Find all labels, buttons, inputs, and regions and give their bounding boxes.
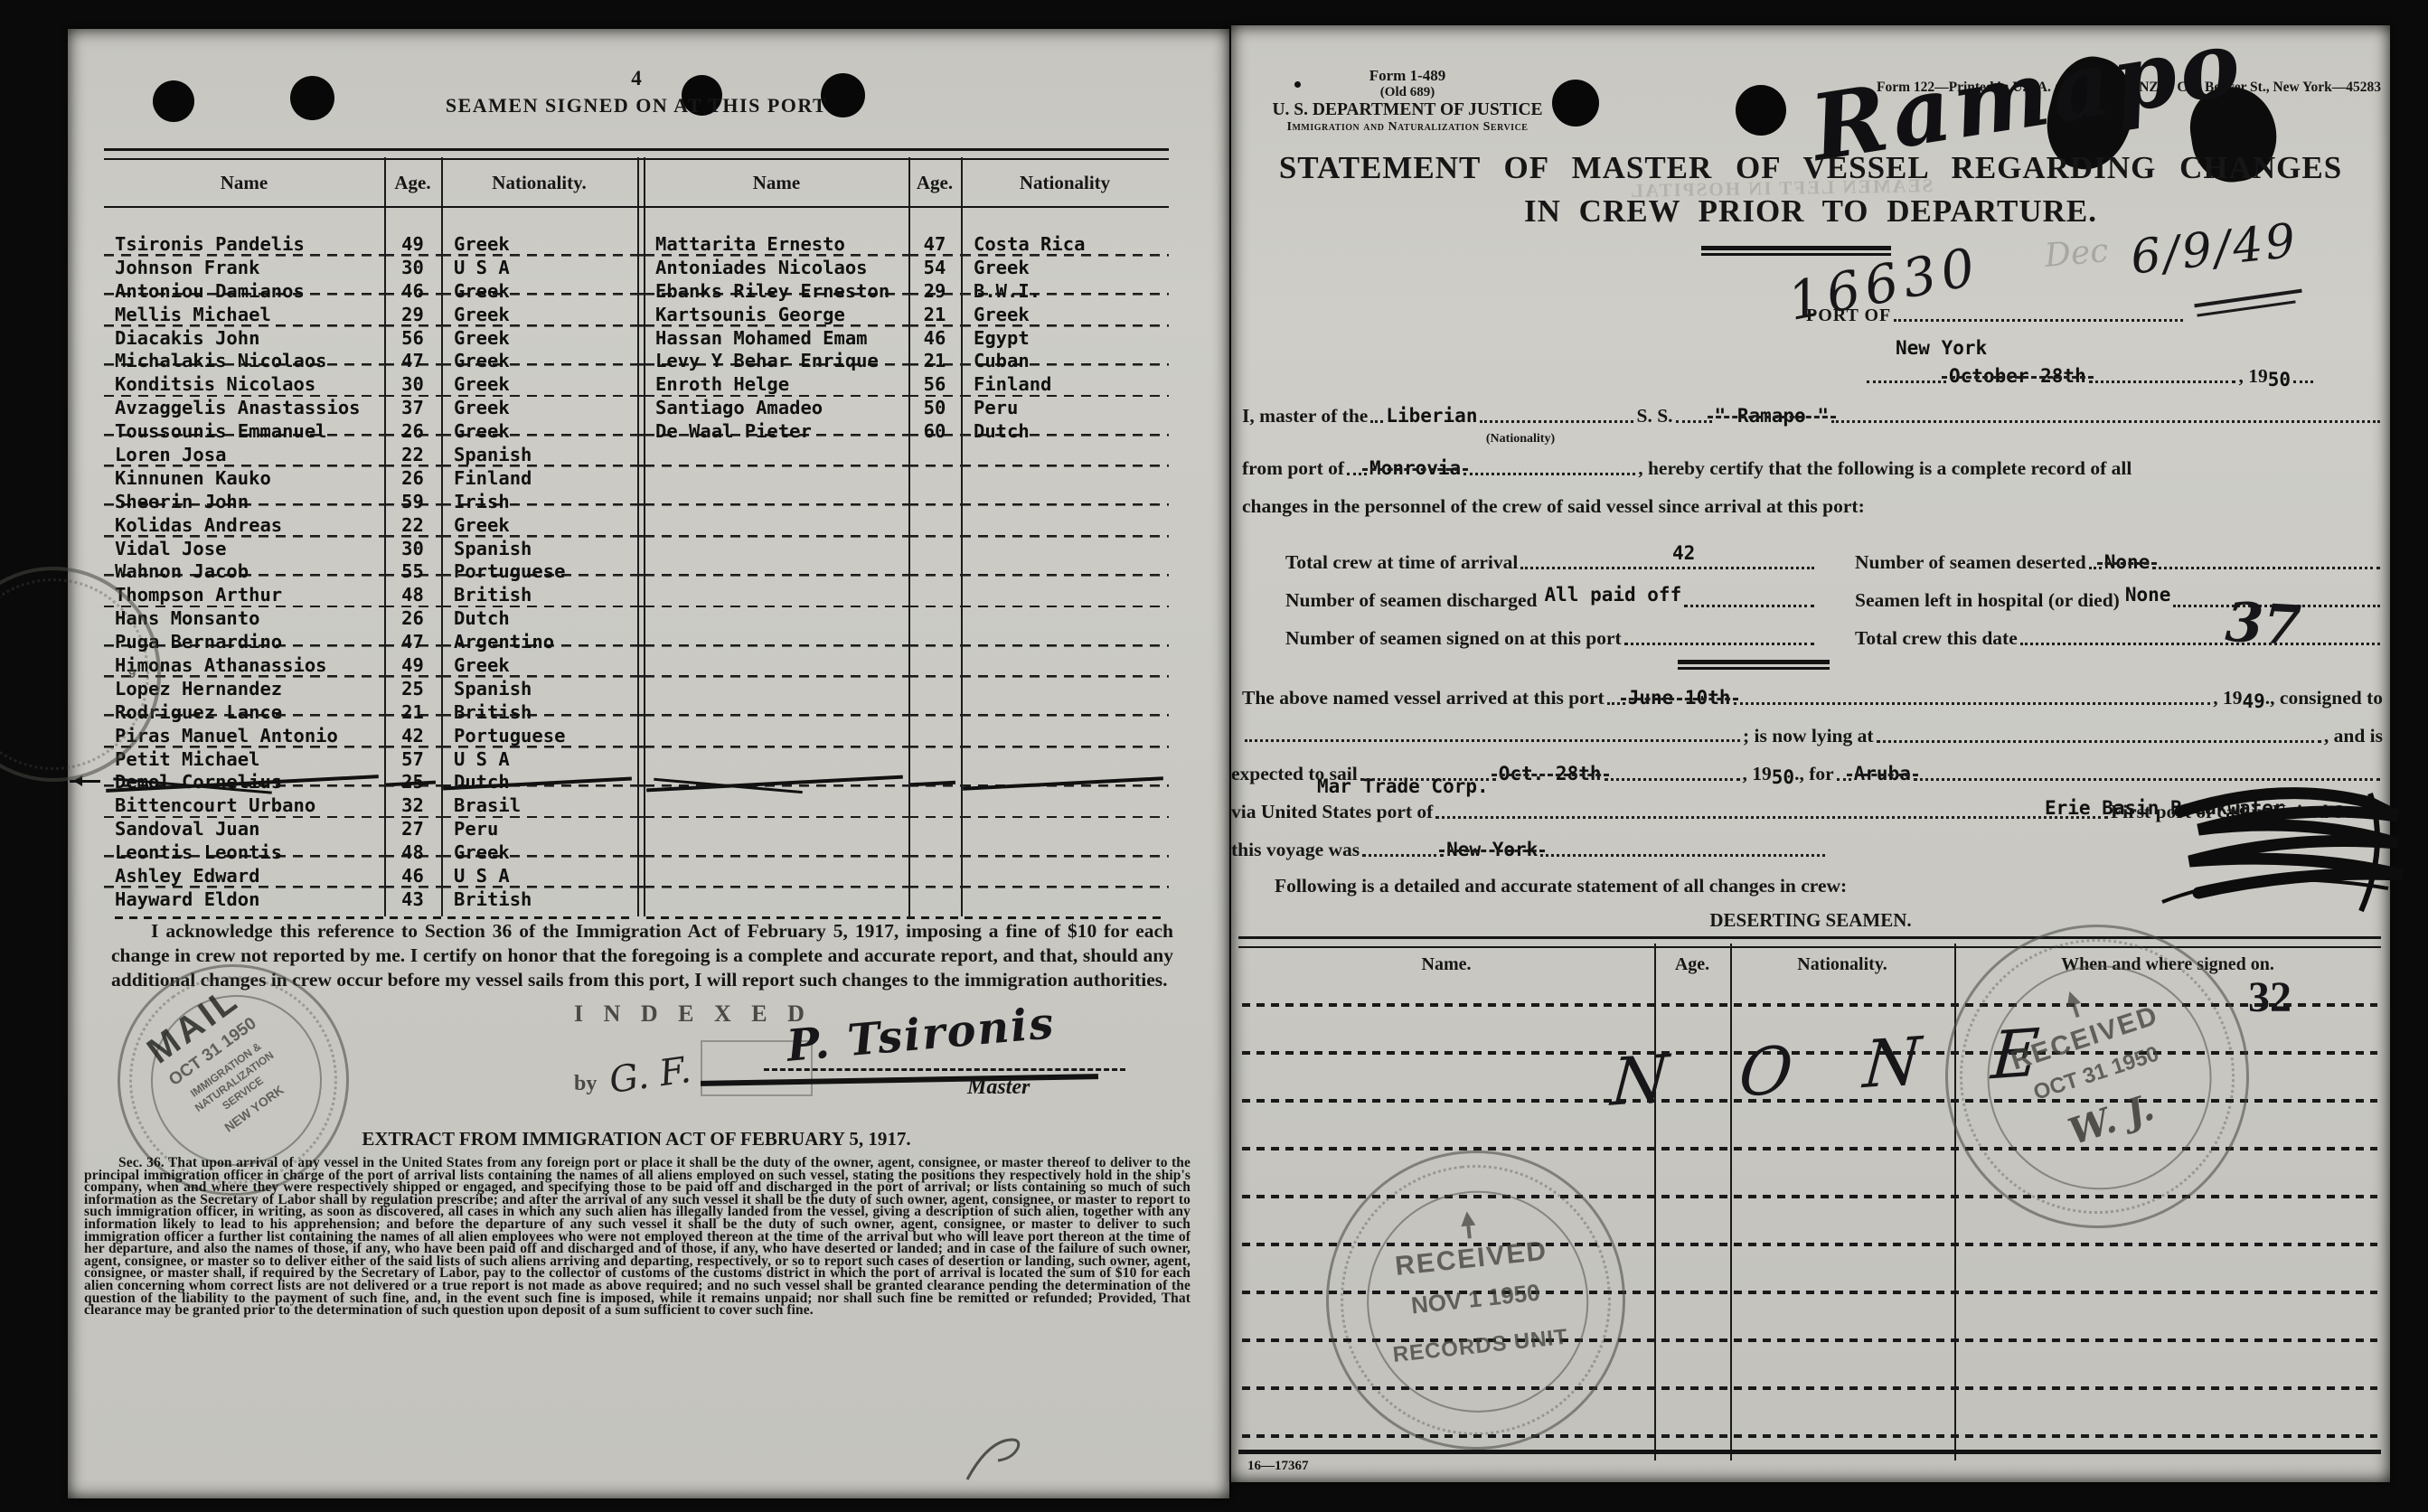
crew-row: Wahnon Jacob55Portuguese <box>104 560 1169 584</box>
crew-row: Kinnunen Kauko26Finland <box>104 467 1169 491</box>
crew-age: 37 <box>384 397 441 420</box>
crossed-out-arrow-icon <box>70 780 100 783</box>
master-lead: I, master of the <box>1242 405 1368 427</box>
header-age: Age. <box>1654 954 1730 975</box>
crew-row: Sandoval Juan27Peru <box>104 818 1169 841</box>
crew-nat: Cuban <box>961 350 1169 373</box>
left-page-title: SEAMEN SIGNED ON AT THIS PORT <box>104 94 1169 117</box>
crew-nat: Greek <box>961 304 1169 327</box>
crew-nat: Greek <box>441 350 637 373</box>
footer-code: 16—17367 <box>1247 1459 1309 1474</box>
total-date-field: Total crew this date <box>1855 627 2383 650</box>
crew-name: Kolidas Andreas <box>104 514 384 538</box>
crew-nat: Dutch <box>441 771 637 794</box>
crew-name: Wahnon Jacob <box>104 560 384 584</box>
crew-age: 47 <box>384 631 441 654</box>
crew-age: 49 <box>384 654 441 678</box>
certify-text: , hereby certify that the following is a… <box>1638 457 2132 480</box>
column-divider <box>1654 944 1656 1460</box>
crew-row: Lopez Hernandez25Spanish <box>104 678 1169 701</box>
crew-nat: Spanish <box>441 444 637 467</box>
crew-nat: U S A <box>441 748 637 772</box>
crew-name: Kartsounis George <box>645 304 908 327</box>
hospital-field: Seamen left in hospital (or died) None <box>1855 589 2383 612</box>
crew-nat: U S A <box>441 865 637 888</box>
crew-nat: Greek <box>441 514 637 538</box>
section-rule <box>1678 667 1830 670</box>
crew-name: Konditsis Nicolaos <box>104 373 384 397</box>
arrival-date-typed: June 10th <box>1628 687 1731 709</box>
pencil-squiggle <box>958 1430 1040 1484</box>
punch-hole <box>1736 85 1786 136</box>
page-number: 4 <box>104 67 1169 90</box>
crew-row: Petit Michael57U S A <box>104 748 1169 772</box>
crew-row: Tsironis Pandelis49GreekMattarita Ernest… <box>104 233 1169 257</box>
dotted-blank <box>1894 319 2183 322</box>
crew-row: Toussounis Emmanuel26GreekDe Waal Pieter… <box>104 420 1169 444</box>
crew-name: Johnson Frank <box>104 257 384 280</box>
crew-name: Bittencourt Urbano <box>104 794 384 818</box>
crew-nat: Greek <box>441 654 637 678</box>
crew-name: Ashley Edward <box>104 865 384 888</box>
via-label: via United States port of <box>1231 801 1433 823</box>
extract-title: EXTRACT FROM IMMIGRATION ACT OF FEBRUARY… <box>104 1128 1169 1150</box>
crew-age: 26 <box>384 467 441 491</box>
edge-stamp-digits: 9 <box>114 666 150 681</box>
crew-name: Tsironis Pandelis <box>104 233 384 257</box>
header-nationality-2: Nationality <box>961 172 1169 194</box>
crew-name: Michalakis Nicolaos <box>104 350 384 373</box>
crew-nat: Peru <box>961 397 1169 420</box>
crew-name: Avzaggelis Anastassios <box>104 397 384 420</box>
crew-age: 21 <box>908 304 961 327</box>
nationality-typed: Liberian <box>1386 405 1477 427</box>
header-underline <box>104 206 1169 208</box>
header-age: Age. <box>384 172 441 194</box>
crew-age: 32 <box>384 794 441 818</box>
arrival-tail: ., consigned to <box>2265 687 2383 709</box>
crew-nat: Greek <box>441 280 637 304</box>
form-number: Form 1-489 <box>1231 67 1584 85</box>
crew-name: Enroth Helge <box>645 373 908 397</box>
indexed-signature: G. F. <box>607 1049 694 1102</box>
date-line: October 28th , 19 50 <box>1864 365 2316 388</box>
crew-row: Loren Josa22Spanish <box>104 444 1169 467</box>
crew-age: 25 <box>384 678 441 701</box>
crew-nat: Greek <box>441 397 637 420</box>
crew-name: Hayward Eldon <box>104 888 384 912</box>
crew-nat: British <box>441 701 637 725</box>
title-underline <box>1701 253 1891 256</box>
port-of-label: PORT OF <box>1806 305 1891 326</box>
header-nationality: Nationality. <box>441 172 637 194</box>
stamp-arrow-icon <box>1458 1204 1474 1227</box>
crew-nat: Spanish <box>441 678 637 701</box>
lying-line: ; is now lying at , and is <box>1242 725 2383 747</box>
crew-nat: Greek <box>441 233 637 257</box>
crew-rows: Tsironis Pandelis49GreekMattarita Ernest… <box>104 233 1169 912</box>
signature-role-label: Master <box>967 1075 1030 1100</box>
crew-age: 22 <box>384 514 441 538</box>
crew-age: 21 <box>908 350 961 373</box>
table-top-rule <box>104 148 1169 160</box>
crew-age: 22 <box>384 444 441 467</box>
crew-name: De Waal Pieter <box>645 420 908 444</box>
crew-age: 56 <box>908 373 961 397</box>
crew-nat: British <box>441 584 637 607</box>
master-line: I, master of the Liberian S. S. " Ramapo… <box>1242 405 2383 427</box>
crew-age: 54 <box>908 257 961 280</box>
crew-age: 30 <box>384 538 441 561</box>
crew-age: 55 <box>384 560 441 584</box>
crew-name: Kinnunen Kauko <box>104 467 384 491</box>
pencil-note: Dec <box>2043 232 2110 275</box>
arrival-lead: The above named vessel arrived at this p… <box>1242 687 1605 709</box>
crew-nat: Spanish <box>441 538 637 561</box>
crew-age: 46 <box>384 280 441 304</box>
ink-scribble <box>2144 775 2415 929</box>
table-top-rule <box>1238 936 2381 948</box>
script-underline <box>2194 289 2301 308</box>
crew-nat: Finland <box>961 373 1169 397</box>
sail-year-typed: 50 <box>1772 766 1794 788</box>
crew-age: 47 <box>908 233 961 257</box>
crew-age: 47 <box>384 350 441 373</box>
header-name-2: Name <box>645 172 908 194</box>
crew-name: Sandoval Juan <box>104 818 384 841</box>
crew-row: Vidal Jose30Spanish <box>104 538 1169 561</box>
header-nationality: Nationality. <box>1730 954 1954 975</box>
crew-name: Santiago Amadeo <box>645 397 908 420</box>
crew-nat: Peru <box>441 818 637 841</box>
signed-on-field: Number of seamen signed on at this port <box>1285 627 1817 650</box>
crew-nat: Costa Rica <box>961 233 1169 257</box>
discharged-value: All paid off <box>1545 584 1682 606</box>
crew-nat: Greek <box>441 373 637 397</box>
crew-nat: Argentino <box>441 631 637 654</box>
crew-name: Mellis Michael <box>104 304 384 327</box>
discharged-label: Number of seamen discharged <box>1285 589 1538 612</box>
crew-age: 43 <box>384 888 441 912</box>
crew-name: Ebanks Riley Erneston <box>645 280 908 304</box>
crew-age: 30 <box>384 373 441 397</box>
crew-nat: Portuguese <box>441 560 637 584</box>
sail-year-printed: , 19 <box>1743 763 1772 785</box>
crew-row: Leontis Leontis48Greek <box>104 841 1169 865</box>
crew-nat: Finland <box>441 467 637 491</box>
crew-name: Hassan Mohamed Emam <box>645 327 908 351</box>
crew-nat: Greek <box>441 420 637 444</box>
crew-nat: Greek <box>441 841 637 865</box>
crew-row: Hayward Eldon43British <box>104 888 1169 912</box>
crew-age: 49 <box>384 233 441 257</box>
form-title-line1: STATEMENT OF MASTER OF VESSEL REGARDING … <box>1231 150 2390 186</box>
hospital-value: None <box>2125 584 2171 606</box>
indexed-by-label: by <box>574 1072 597 1096</box>
sail-label: expected to sail <box>1231 763 1358 785</box>
form-id-block: Form 1-489 (Old 689) U. S. DEPARTMENT OF… <box>1231 67 1584 135</box>
crew-nat: Greek <box>441 327 637 351</box>
crew-age: 26 <box>384 607 441 631</box>
crew-name: Sheerin John <box>104 491 384 514</box>
crew-row: Hans Monsanto26Dutch <box>104 607 1169 631</box>
lying-label: ; is now lying at <box>1743 725 1874 747</box>
crew-row: Kolidas Andreas22Greek <box>104 514 1169 538</box>
right-page: Form 1-489 (Old 689) U. S. DEPARTMENT OF… <box>1231 25 2390 1482</box>
crew-nat: British <box>441 888 637 912</box>
crew-age: 25 <box>384 771 441 794</box>
crew-name: Antoniades Nicolaos <box>645 257 908 280</box>
crew-age: 30 <box>384 257 441 280</box>
certify-line2: changes in the personnel of the crew of … <box>1242 495 1865 518</box>
crew-row: Michalakis Nicolaos47GreekLevy Y Behar E… <box>104 350 1169 373</box>
crew-nat: B.W.I. <box>961 280 1169 304</box>
crew-name: Petit Michael <box>104 748 384 772</box>
total-arrival-field: Total crew at time of arrival <box>1285 551 1817 574</box>
crew-nat: U S A <box>441 257 637 280</box>
crew-row: Antoniou Damianos46GreekEbanks Riley Ern… <box>104 280 1169 304</box>
header-age-2: Age. <box>908 172 961 194</box>
crew-nat: Egypt <box>961 327 1169 351</box>
crew-name: Mattarita Ernesto <box>645 233 908 257</box>
ss-label: S. S. <box>1636 405 1672 427</box>
title-underline <box>1701 246 1891 250</box>
crew-age: 46 <box>384 865 441 888</box>
port-value: New York <box>1896 337 2428 359</box>
hospital-label: Seamen left in hospital (or died) <box>1855 589 2120 612</box>
crew-row: Bittencourt Urbano32Brasil <box>104 794 1169 818</box>
voyage-line: this voyage was New York <box>1231 839 1828 861</box>
discharged-field: Number of seamen discharged All paid off <box>1285 589 1817 612</box>
destination-typed: Aruba <box>1854 763 1911 784</box>
vessel-typed: " Ramapo " <box>1715 405 1829 427</box>
crew-row: Avzaggelis Anastassios37GreekSantiago Am… <box>104 397 1169 420</box>
voyage-typed: New York <box>1446 839 1538 860</box>
nationality-caption: (Nationality) <box>1412 432 1629 446</box>
sail-date-typed: Oct. 28th <box>1499 763 1602 784</box>
crew-nat: Dutch <box>961 420 1169 444</box>
left-page: 4 SEAMEN SIGNED ON AT THIS PORT Name Age… <box>68 29 1229 1498</box>
arrival-year-printed: , 19 <box>2213 687 2242 709</box>
crew-age: 60 <box>908 420 961 444</box>
header-name: Name <box>104 172 384 194</box>
crew-row: Piras Manuel Antonio42Portuguese <box>104 725 1169 748</box>
crew-row: Puga Bernardino47Argentino <box>104 631 1169 654</box>
crew-nat: Portuguese <box>441 725 637 748</box>
crew-row: Ashley Edward46U S A <box>104 865 1169 888</box>
crew-age: 56 <box>384 327 441 351</box>
total-date-label: Total crew this date <box>1855 627 2018 650</box>
crew-nat: Greek <box>441 304 637 327</box>
crew-name: Levy Y Behar Enrique <box>645 350 908 373</box>
year-typed: 50 <box>2268 369 2291 390</box>
arrival-line: The above named vessel arrived at this p… <box>1242 687 2383 709</box>
page-mark-script: 32 <box>2248 972 2292 1022</box>
crew-row: Johnson Frank30U S AAntoniades Nicolaos5… <box>104 257 1169 280</box>
crew-nat: Dutch <box>441 607 637 631</box>
crew-row: Himonas Athanassios49Greek <box>104 654 1169 678</box>
crew-name: Demol Cornelius <box>104 771 384 794</box>
crew-age: 50 <box>908 397 961 420</box>
crew-age: 48 <box>384 841 441 865</box>
port-of-line: PORT OF <box>1806 305 2186 326</box>
crew-row: Sheerin John59Irish <box>104 491 1169 514</box>
deserted-field: Number of seamen deserted None <box>1855 551 2383 574</box>
seamen-signed-on-table: Name Age. Nationality. Name Age. Nationa… <box>104 146 1169 929</box>
table-bottom-rule <box>1238 1450 2381 1454</box>
crew-age: 29 <box>908 280 961 304</box>
crew-age: 27 <box>384 818 441 841</box>
year-printed: , 19 <box>2238 365 2267 388</box>
crew-age: 59 <box>384 491 441 514</box>
column-divider <box>1730 944 1732 1460</box>
crew-age: 46 <box>908 327 961 351</box>
following-text: Following is a detailed and accurate sta… <box>1275 875 1847 897</box>
section-rule <box>1678 660 1830 664</box>
crew-row: Demol Cornelius25Dutch <box>104 771 1169 794</box>
crew-row: Rodriguez Lance21British <box>104 701 1169 725</box>
crew-nat: Irish <box>441 491 637 514</box>
deserted-label: Number of seamen deserted <box>1855 551 2086 574</box>
header-name: Name. <box>1238 954 1654 975</box>
department-name: U. S. DEPARTMENT OF JUSTICE <box>1231 100 1584 120</box>
form-number-old: (Old 689) <box>1231 85 1584 100</box>
for-label: ., for <box>1794 763 1834 785</box>
from-port-typed: Monrovia <box>1369 457 1461 479</box>
scanned-document: 4 SEAMEN SIGNED ON AT THIS PORT Name Age… <box>0 0 2428 1512</box>
signed-on-label: Number of seamen signed on at this port <box>1285 627 1622 650</box>
crew-name: Diacakis John <box>104 327 384 351</box>
crew-age: 57 <box>384 748 441 772</box>
crew-row: Diacakis John56GreekHassan Mohamed Emam4… <box>104 327 1169 351</box>
crew-name: Toussounis Emmanuel <box>104 420 384 444</box>
crew-row: Konditsis Nicolaos30GreekEnroth Helge56F… <box>104 373 1169 397</box>
crew-name: Antoniou Damianos <box>104 280 384 304</box>
crew-nat: Greek <box>961 257 1169 280</box>
crew-row: Thompson Arthur48British <box>104 584 1169 607</box>
crew-age: 42 <box>384 725 441 748</box>
date-typed: October 28th <box>1949 365 2086 387</box>
crew-age: 26 <box>384 420 441 444</box>
service-name: Immigration and Naturalization Service <box>1231 120 1584 135</box>
crew-row: Mellis Michael29GreekKartsounis George21… <box>104 304 1169 327</box>
crew-age: 21 <box>384 701 441 725</box>
crew-name: Loren Josa <box>104 444 384 467</box>
total-arrival-label: Total crew at time of arrival <box>1285 551 1518 574</box>
signature-line <box>764 1068 1125 1071</box>
crew-age: 48 <box>384 584 441 607</box>
from-port-line: from port of Monrovia , hereby certify t… <box>1242 457 2383 480</box>
and-is-label: , and is <box>2324 725 2383 747</box>
total-crew-script: 37 <box>2224 591 2302 658</box>
crew-age: 29 <box>384 304 441 327</box>
deserted-value: None <box>2104 551 2150 573</box>
punch-hole <box>1552 80 1599 127</box>
sec36-paragraph: Sec. 36. That upon arrival of any vessel… <box>84 1157 1190 1317</box>
crew-nat: Brasil <box>441 794 637 818</box>
deserting-seamen-title: DESERTING SEAMEN. <box>1231 909 2390 932</box>
voyage-label: this voyage was <box>1231 839 1360 861</box>
from-port-label: from port of <box>1242 457 1344 480</box>
crew-name: Thompson Arthur <box>104 584 384 607</box>
crew-name: Leontis Leontis <box>104 841 384 865</box>
arrival-year-typed: 49 <box>2242 690 2264 712</box>
crew-name: Vidal Jose <box>104 538 384 561</box>
